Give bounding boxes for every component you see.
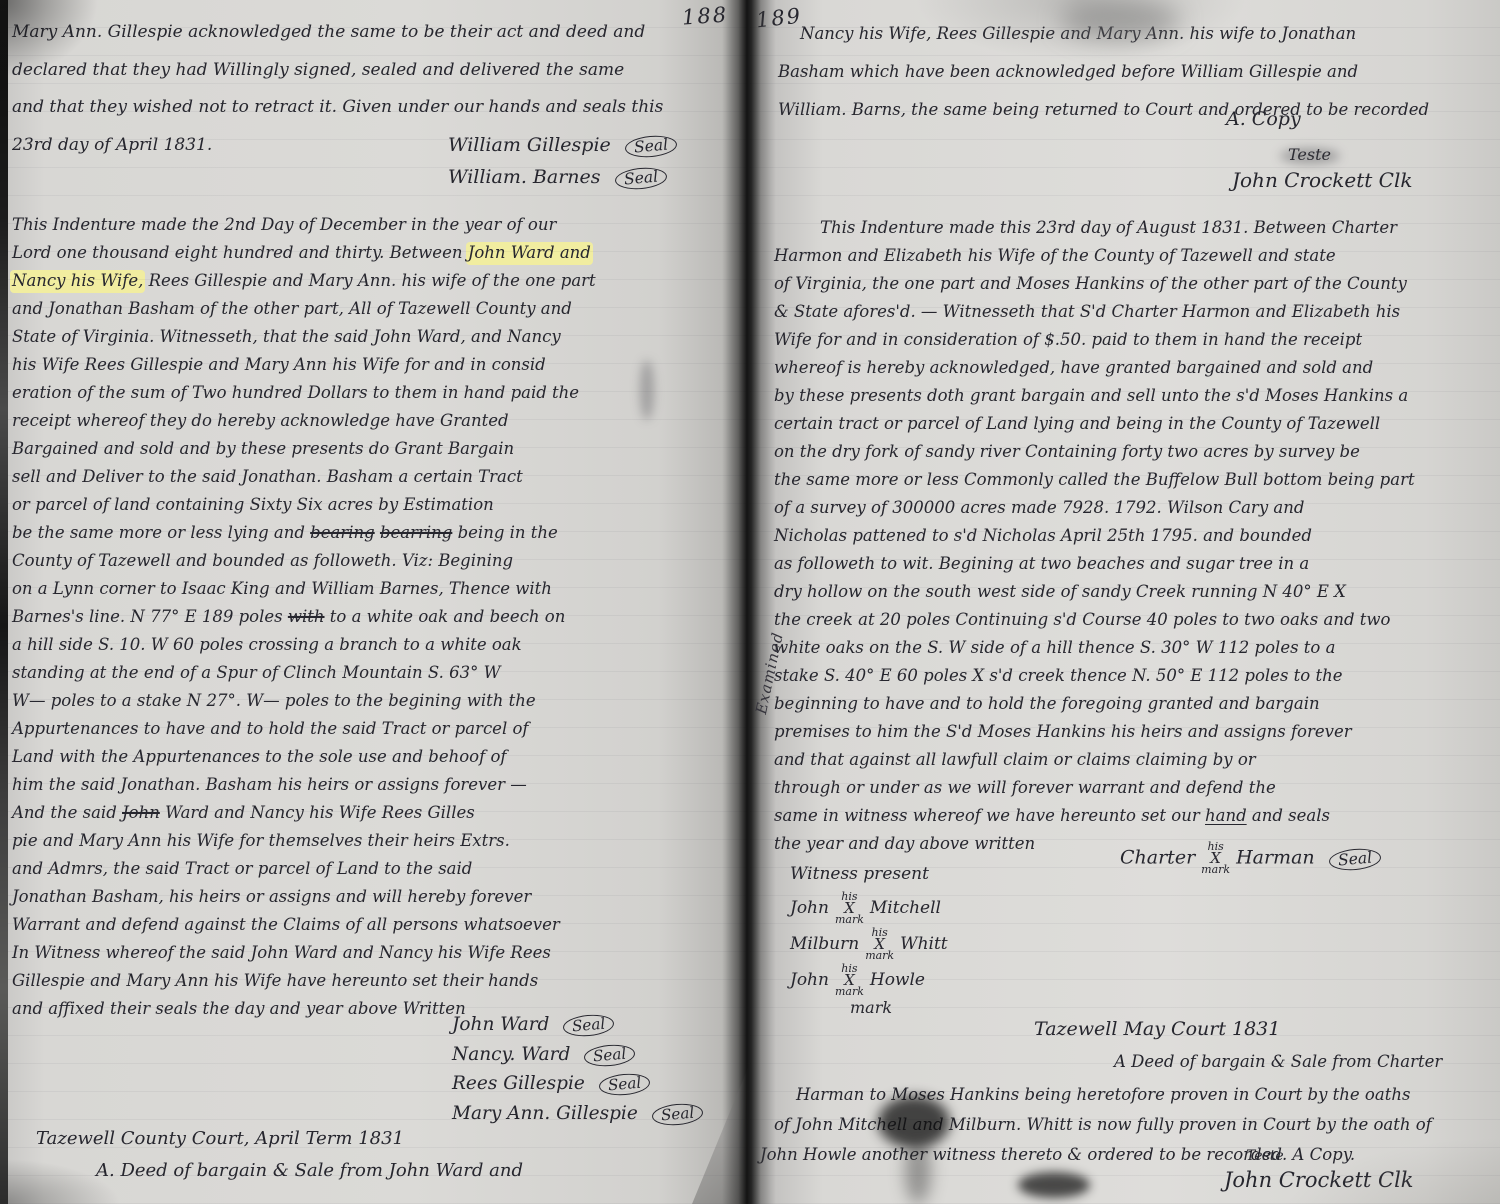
court-heading-right: Tazewell May Court 1831	[1034, 1018, 1280, 1040]
manuscript-text: W— poles to a stake N 27°. W— poles to t…	[12, 691, 536, 710]
clerk-signature-spotts: John Crockett Clk	[1232, 168, 1413, 192]
manuscript-text: Ward and Nancy his Wife Rees Gilles	[160, 803, 475, 822]
witness-trailing-mark: mark	[790, 998, 948, 1017]
manuscript-text: certain tract or parcel of Land lying an…	[774, 414, 1380, 433]
his-mark-stack: hisXmark	[835, 964, 864, 997]
manuscript-text: be the same more or less lying and	[12, 523, 310, 542]
highlighted-text: Nancy his Wife,	[12, 271, 143, 290]
manuscript-text: In Witness whereof the said John Ward an…	[12, 943, 551, 962]
manuscript-text: 23rd day of April 1831.	[12, 135, 212, 155]
manuscript-text: Harmon and Elizabeth his Wife of the Cou…	[774, 246, 1336, 265]
signature-name: John Ward	[452, 1014, 549, 1035]
manuscript-text: and affixed their seals the day and year…	[12, 999, 466, 1018]
manuscript-text: Lord one thousand eight hundred and thir…	[12, 243, 468, 262]
signature-name: Mary Ann. Gillespie	[452, 1103, 638, 1124]
manuscript-line: Basham which have been acknowledged befo…	[778, 62, 1494, 100]
signature-name: William Gillespie	[448, 134, 611, 156]
witness-row: JohnhisXmarkMitchell	[790, 890, 948, 926]
manuscript-text: & State afores'd. — Witnesseth that S'd …	[774, 302, 1400, 321]
manuscript-line: on a Lynn corner to Isaac King and Willi…	[12, 579, 744, 607]
manuscript-text: pie and Mary Ann his Wife for themselves…	[12, 831, 510, 850]
manuscript-line: W— poles to a stake N 27°. W— poles to t…	[12, 691, 744, 719]
manuscript-line: Wife for and in consideration of $.50. p…	[774, 330, 1494, 358]
manuscript-line: sell and Deliver to the said Jonathan. B…	[12, 467, 744, 495]
manuscript-line: and Admrs, the said Tract or parcel of L…	[12, 859, 744, 887]
manuscript-text: Nancy his Wife, Rees Gillespie and Mary …	[800, 24, 1356, 43]
manuscript-line: Warrant and defend against the Claims of…	[12, 915, 744, 943]
seal-badge: Seal	[614, 166, 668, 191]
manuscript-line: Gillespie and Mary Ann his Wife have her…	[12, 971, 744, 999]
manuscript-text: This Indenture made this 23rd day of Aug…	[820, 218, 1397, 237]
signature-row: John WardSeal	[452, 1014, 703, 1044]
manuscript-text: the creek at 20 poles Continuing s'd Cou…	[774, 610, 1390, 629]
left-indenture-paragraph: This Indenture made the 2nd Day of Decem…	[12, 215, 744, 1027]
manuscript-text: Gillespie and Mary Ann his Wife have her…	[12, 971, 538, 990]
manuscript-line: a hill side S. 10. W 60 poles crossing a…	[12, 635, 744, 663]
witness-row: MilburnhisXmarkWhitt	[790, 926, 948, 962]
witness-row: JohnhisXmarkHowle	[790, 962, 948, 998]
manuscript-text: the year and day above written	[774, 834, 1035, 853]
manuscript-text: of Virginia, the one part and Moses Hank…	[774, 274, 1407, 293]
mark-signer-last-name: Howle	[870, 970, 925, 990]
manuscript-text: sell and Deliver to the said Jonathan. B…	[12, 467, 523, 486]
manuscript-text: by these presents doth grant bargain and…	[774, 386, 1408, 405]
clerk-signature-crockett: John Crockett Clk	[1224, 1168, 1414, 1192]
manuscript-text: Warrant and defend against the Claims of…	[12, 915, 560, 934]
court-note-line: Harman to Moses Hankins being heretofore…	[796, 1085, 1410, 1104]
manuscript-text: Mary Ann. Gillespie acknowledged the sam…	[12, 22, 645, 42]
manuscript-text: whereof is hereby acknowledged, have gra…	[774, 358, 1373, 377]
manuscript-line: whereof is hereby acknowledged, have gra…	[774, 358, 1494, 386]
manuscript-line: premises to him the S'd Moses Hankins hi…	[774, 722, 1494, 750]
manuscript-line: him the said Jonathan. Basham his heirs …	[12, 775, 744, 803]
manuscript-text: stake S. 40° E 60 poles X s'd creek then…	[774, 666, 1343, 685]
manuscript-line: William. Barns, the same being returned …	[778, 100, 1494, 138]
teste-label: Teste	[1288, 145, 1331, 164]
manuscript-text: County of Tazewell and bounded as follow…	[12, 551, 513, 570]
manuscript-text: him the said Jonathan. Basham his heirs …	[12, 775, 527, 794]
mark-part: mark	[835, 987, 864, 997]
deed-signatures: John WardSealNancy. WardSealRees Gillesp…	[452, 1014, 703, 1132]
manuscript-line: through or under as we will forever warr…	[774, 778, 1494, 806]
manuscript-text: same in witness whereof we have hereunto…	[774, 806, 1205, 825]
signature-row: Mary Ann. GillespieSeal	[452, 1103, 703, 1133]
manuscript-text: or parcel of land containing Sixty Six a…	[12, 495, 494, 514]
page-188: 188 Mary Ann. Gillespie acknowledged the…	[0, 0, 748, 1204]
manuscript-text: Land with the Appurtenances to the sole …	[12, 747, 507, 766]
grantor-mark-signature: CharterhisXmarkHarmanSeal	[1120, 842, 1381, 875]
manuscript-line: of Virginia, the one part and Moses Hank…	[774, 274, 1494, 302]
manuscript-line: the creek at 20 poles Continuing s'd Cou…	[774, 610, 1494, 638]
manuscript-line: and Jonathan Basham of the other part, A…	[12, 299, 744, 327]
manuscript-text: the same more or less Commonly called th…	[774, 470, 1415, 489]
manuscript-text: Rees Gillespie and Mary Ann. his wife of…	[143, 271, 595, 290]
manuscript-text: premises to him the S'd Moses Hankins hi…	[774, 722, 1352, 741]
manuscript-text: This Indenture made the 2nd Day of Decem…	[12, 215, 556, 234]
mark-signer-first-name: John	[790, 970, 829, 990]
manuscript-text: to a white oak and beech on	[325, 607, 566, 626]
manuscript-line: receipt whereof they do hereby acknowled…	[12, 411, 744, 439]
seal-badge: Seal	[624, 134, 678, 159]
manuscript-text: Wife for and in consideration of $.50. p…	[774, 330, 1362, 349]
continuation-paragraph: Nancy his Wife, Rees Gillespie and Mary …	[778, 24, 1494, 138]
manuscript-text: with	[288, 607, 325, 626]
seal-badge: Seal	[651, 1101, 704, 1126]
mark-part: mark	[1201, 865, 1230, 875]
court-line-left: A. Deed of bargain & Sale from John Ward…	[96, 1160, 523, 1181]
manuscript-line: Mary Ann. Gillespie acknowledged the sam…	[12, 22, 742, 60]
manuscript-line: same in witness whereof we have hereunto…	[774, 806, 1494, 834]
manuscript-text: being in the	[452, 523, 557, 542]
manuscript-line: This Indenture made the 2nd Day of Decem…	[12, 215, 744, 243]
manuscript-line: as followeth to wit. Begining at two bea…	[774, 554, 1494, 582]
manuscript-text: hand	[1205, 806, 1247, 825]
manuscript-line: Bargained and sold and by these presents…	[12, 439, 744, 467]
manuscript-text: Jonathan Basham, his heirs or assigns an…	[12, 887, 531, 906]
witness-heading: Witness present	[790, 858, 948, 890]
his-mark-stack: hisXmark	[865, 928, 894, 961]
manuscript-line: beginning to have and to hold the forego…	[774, 694, 1494, 722]
manuscript-text: through or under as we will forever warr…	[774, 778, 1276, 797]
manuscript-text: a hill side S. 10. W 60 poles crossing a…	[12, 635, 522, 654]
signature-row: Nancy. WardSeal	[452, 1044, 703, 1074]
manuscript-text: and that against all lawfull claim or cl…	[774, 750, 1256, 769]
mark-signer-last-name: Whitt	[900, 934, 948, 954]
manuscript-line: Appurtenances to have and to hold the sa…	[12, 719, 744, 747]
mark-signer-last-name: Harman	[1236, 847, 1315, 869]
manuscript-text: and seals	[1247, 806, 1330, 825]
manuscript-text: Appurtenances to have and to hold the sa…	[12, 719, 529, 738]
scan-edge-left	[0, 0, 8, 1204]
seal-badge: Seal	[563, 1013, 616, 1038]
mark-part: mark	[835, 915, 864, 925]
mark-signer-first-name: Milburn	[790, 934, 859, 954]
manuscript-text: declared that they had Willingly signed,…	[12, 60, 624, 80]
mark-signer-first-name: John	[790, 898, 829, 918]
manuscript-line: Lord one thousand eight hundred and thir…	[12, 243, 744, 271]
manuscript-text: as followeth to wit. Begining at two bea…	[774, 554, 1309, 573]
manuscript-line: and that against all lawfull claim or cl…	[774, 750, 1494, 778]
manuscript-text: And the said	[12, 803, 122, 822]
manuscript-line: on the dry fork of sandy river Containin…	[774, 442, 1494, 470]
manuscript-line: be the same more or less lying and beari…	[12, 523, 744, 551]
highlighted-text: John Ward and	[468, 243, 591, 262]
manuscript-text: Nicholas pattened to s'd Nicholas April …	[774, 526, 1312, 545]
manuscript-line: In Witness whereof the said John Ward an…	[12, 943, 744, 971]
manuscript-text: beginning to have and to hold the forego…	[774, 694, 1320, 713]
signature-row: William. BarnesSeal	[448, 166, 677, 198]
manuscript-line: Harmon and Elizabeth his Wife of the Cou…	[774, 246, 1494, 274]
manuscript-line: declared that they had Willingly signed,…	[12, 60, 742, 98]
manuscript-text: John	[122, 803, 160, 822]
manuscript-text: eration of the sum of Two hundred Dollar…	[12, 383, 579, 402]
manuscript-line: Land with the Appurtenances to the sole …	[12, 747, 744, 775]
manuscript-text: Basham which have been acknowledged befo…	[778, 62, 1358, 81]
seal-badge: Seal	[1328, 846, 1382, 871]
manuscript-line: State of Virginia. Witnesseth, that the …	[12, 327, 744, 355]
manuscript-line: pie and Mary Ann his Wife for themselves…	[12, 831, 744, 859]
witness-block: Witness presentJohnhisXmarkMitchellMilbu…	[790, 858, 948, 1017]
manuscript-line: This Indenture made this 23rd day of Aug…	[774, 218, 1494, 246]
manuscript-line: dry hollow on the south west side of san…	[774, 582, 1494, 610]
manuscript-text: of a survey of 300000 acres made 7928. 1…	[774, 498, 1304, 517]
manuscript-text: Barnes's line. N 77° E 189 poles	[12, 607, 288, 626]
court-heading-left: Tazewell County Court, April Term 1831	[36, 1128, 404, 1149]
manuscript-text: and that they wished not to retract it. …	[12, 97, 663, 117]
signature-row: William GillespieSeal	[448, 134, 677, 166]
manuscript-line: of a survey of 300000 acres made 7928. 1…	[774, 498, 1494, 526]
manuscript-text: on a Lynn corner to Isaac King and Willi…	[12, 579, 552, 598]
mark-part: mark	[865, 951, 894, 961]
signature-row: Rees GillespieSeal	[452, 1073, 703, 1103]
manuscript-text: dry hollow on the south west side of san…	[774, 582, 1346, 601]
manuscript-line: his Wife Rees Gillespie and Mary Ann his…	[12, 355, 744, 383]
manuscript-text: and Jonathan Basham of the other part, A…	[12, 299, 572, 318]
his-mark-stack: hisXmark	[1201, 842, 1230, 875]
manuscript-line: stake S. 40° E 60 poles X s'd creek then…	[774, 666, 1494, 694]
manuscript-line: Jonathan Basham, his heirs or assigns an…	[12, 887, 744, 915]
teste-label-bottom: Teste	[1246, 1148, 1284, 1164]
manuscript-line: eration of the sum of Two hundred Dollar…	[12, 383, 744, 411]
manuscript-text: bearing	[310, 523, 375, 542]
manuscript-text: Bargained and sold and by these presents…	[12, 439, 514, 458]
manuscript-text: white oaks on the S. W side of a hill th…	[774, 638, 1335, 657]
manuscript-line: Nicholas pattened to s'd Nicholas April …	[774, 526, 1494, 554]
manuscript-line: Nancy his Wife, Rees Gillespie and Mary …	[12, 271, 744, 299]
manuscript-line: white oaks on the S. W side of a hill th…	[774, 638, 1494, 666]
manuscript-text: bearring	[380, 523, 452, 542]
manuscript-line: the same more or less Commonly called th…	[774, 470, 1494, 498]
manuscript-text: his Wife Rees Gillespie and Mary Ann his…	[12, 355, 546, 374]
manuscript-line: by these presents doth grant bargain and…	[774, 386, 1494, 414]
court-note-line: A Deed of bargain & Sale from Charter	[1114, 1052, 1442, 1071]
seal-badge: Seal	[598, 1072, 651, 1097]
manuscript-text: State of Virginia. Witnesseth, that the …	[12, 327, 561, 346]
his-mark-stack: hisXmark	[835, 892, 864, 925]
page-189: 189 Nancy his Wife, Rees Gillespie and M…	[748, 0, 1500, 1204]
mark-signer-first-name: Charter	[1120, 847, 1195, 869]
manuscript-line: Barnes's line. N 77° E 189 poles with to…	[12, 607, 744, 635]
manuscript-line: And the said John Ward and Nancy his Wif…	[12, 803, 744, 831]
signature-name: William. Barnes	[448, 166, 601, 188]
manuscript-line: & State afores'd. — Witnesseth that S'd …	[774, 302, 1494, 330]
manuscript-line: certain tract or parcel of Land lying an…	[774, 414, 1494, 442]
manuscript-line: or parcel of land containing Sixty Six a…	[12, 495, 744, 523]
signature-name: Nancy. Ward	[452, 1044, 570, 1065]
court-note-line: of John Mitchell and Milburn. Whitt is n…	[774, 1115, 1432, 1134]
right-indenture-paragraph: This Indenture made this 23rd day of Aug…	[774, 218, 1494, 862]
manuscript-text: William. Barns, the same being returned …	[778, 100, 1429, 119]
manuscript-line: County of Tazewell and bounded as follow…	[12, 551, 744, 579]
mark-signer-last-name: Mitchell	[870, 898, 941, 918]
manuscript-text: on the dry fork of sandy river Containin…	[774, 442, 1360, 461]
manuscript-line: standing at the end of a Spur of Clinch …	[12, 663, 744, 691]
manuscript-text: receipt whereof they do hereby acknowled…	[12, 411, 509, 430]
signature-name: Rees Gillespie	[452, 1073, 585, 1094]
copy-label: A. Copy	[1226, 108, 1301, 130]
manuscript-line: Nancy his Wife, Rees Gillespie and Mary …	[778, 24, 1494, 62]
deed-book-scan: 188 Mary Ann. Gillespie acknowledged the…	[0, 0, 1500, 1204]
manuscript-line: and that they wished not to retract it. …	[12, 97, 742, 135]
ack-signatures: William GillespieSealWilliam. BarnesSeal	[448, 134, 677, 198]
seal-badge: Seal	[584, 1042, 637, 1067]
manuscript-text: standing at the end of a Spur of Clinch …	[12, 663, 501, 682]
manuscript-text: and Admrs, the said Tract or parcel of L…	[12, 859, 472, 878]
